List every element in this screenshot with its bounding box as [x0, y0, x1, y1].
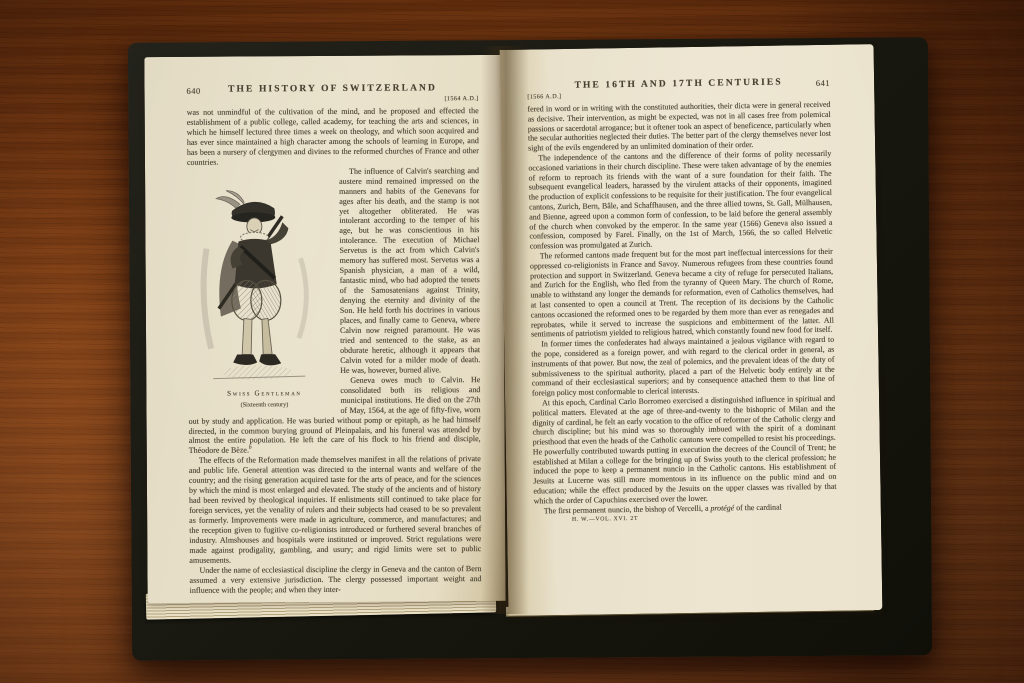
left-date-marginal: [1564 A.D.] — [187, 95, 479, 104]
left-page-content: 640 THE HISTORY OF SWITZERLAND [1564 A.D… — [187, 83, 482, 585]
left-paragraph-1: was not unmindful of the cultivation of … — [187, 106, 479, 168]
right-paragraph-2: The independence of the cantons and the … — [528, 149, 833, 252]
italic-word-protege: protégé — [710, 503, 734, 512]
right-paragraph-3: The reformed cantons made frequent but f… — [530, 247, 834, 340]
right-page-number: 641 — [816, 78, 830, 88]
left-running-title: THE HISTORY OF SWITZERLAND — [228, 83, 437, 94]
left-page: 640 THE HISTORY OF SWITZERLAND [1564 A.D… — [144, 55, 505, 603]
left-running-head: 640 THE HISTORY OF SWITZERLAND — [187, 83, 479, 95]
right-paragraph-4: In former times the confederates had alw… — [531, 335, 835, 399]
illustration-caption-note: (Sixteenth century) — [188, 400, 330, 411]
left-paragraph-5: Under the name of ecclesiastical discipl… — [189, 564, 481, 596]
right-paragraph-5: At this epoch, Cardinal Carlo Borromeo e… — [532, 394, 837, 507]
left-page-number: 640 — [187, 86, 201, 96]
swiss-gentleman-engraving — [188, 188, 329, 387]
left-paragraph-2: Swiss Gentleman (Sixteenth century) The … — [187, 166, 480, 377]
right-page: THE 16TH AND 17TH CENTURIES 641 [1566 A.… — [500, 44, 883, 616]
left-paragraph-4: The effects of the Reformation made them… — [189, 454, 482, 565]
footnote-marker-b: b — [249, 445, 252, 451]
illustration-swiss-gentleman: Swiss Gentleman (Sixteenth century) — [187, 188, 330, 411]
right-paragraph-1: fered in word or in writing with the con… — [527, 100, 831, 154]
right-running-title: THE 16TH AND 17TH CENTURIES — [574, 78, 782, 91]
right-page-content: THE 16TH AND 17TH CENTURIES 641 [1566 A.… — [527, 77, 838, 602]
illustration-caption: Swiss Gentleman — [188, 389, 330, 400]
